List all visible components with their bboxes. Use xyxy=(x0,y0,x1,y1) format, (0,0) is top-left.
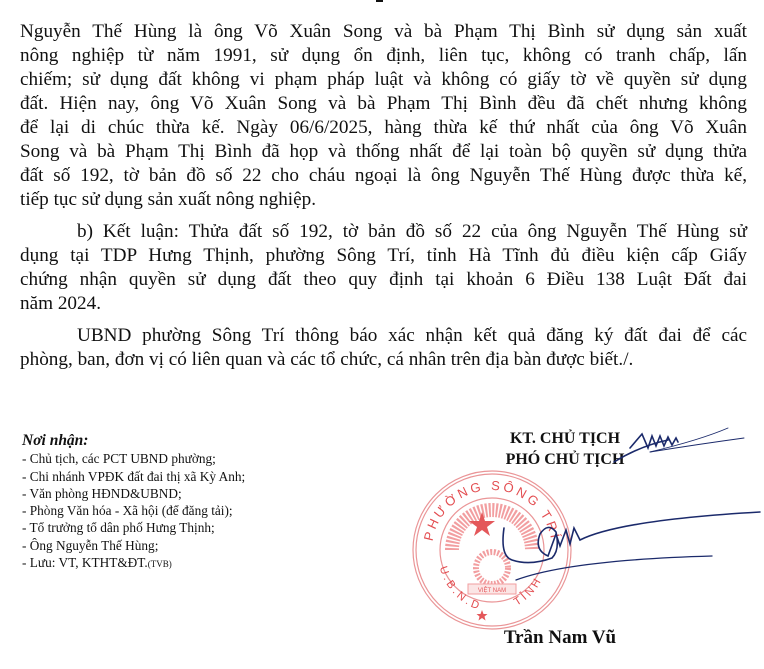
text-line: đất. Hiện nay, ông Võ Xuân Song và bà Ph… xyxy=(20,92,747,116)
signer-name: Trần Nam Vũ xyxy=(460,627,660,649)
origin-paragraph: Nguyễn Thế Hùng là ông Võ Xuân Song và b… xyxy=(20,20,747,212)
recipient-item: - Văn phòng HĐND&UBND; xyxy=(22,485,245,502)
recipient-item: - Chủ tịch, các PCT UBND phường; xyxy=(22,450,245,467)
text-line: b) Kết luận: Thửa đất số 192, tờ bản đồ … xyxy=(20,220,747,244)
stamp-top-text: PHƯỜNG SÔNG TRÍ xyxy=(421,478,564,542)
text-line: dụng tại TDP Hưng Thịnh, phường Sông Trí… xyxy=(20,244,747,268)
stamp-ribbon-text: VIỆT NAM xyxy=(478,586,506,594)
on-behalf-label: KT. CHỦ TỊCH xyxy=(470,428,660,449)
text-line: UBND phường Sông Trí thông báo xác nhận … xyxy=(20,324,747,348)
text-line: để lại di chúc thừa kế. Ngày 06/6/2025, … xyxy=(20,116,747,140)
document-body: Nguyễn Thế Hùng là ông Võ Xuân Song và b… xyxy=(20,20,747,372)
text-line: năm 2024. xyxy=(20,292,747,316)
recipients-title: Nơi nhận: xyxy=(22,432,245,449)
recipient-item: - Lưu: VT, KTHT&ĐT.(TVB) xyxy=(22,554,245,573)
recipient-item: - Chi nhánh VPĐK đất đai thị xã Kỳ Anh; xyxy=(22,468,245,485)
text-line: Song và bà Phạm Thị Bình đã họp và thống… xyxy=(20,140,747,164)
text-line: chiếm; sử dụng đất không vi phạm pháp lu… xyxy=(20,68,747,92)
text-line: nông nghiệp từ năm 1991, sử dụng ổn định… xyxy=(20,44,747,68)
recipient-item-suffix: (TVB) xyxy=(148,559,172,569)
recipients-list: Nơi nhận: - Chủ tịch, các PCT UBND phườn… xyxy=(22,432,245,573)
text-line: Nguyễn Thế Hùng là ông Võ Xuân Song và b… xyxy=(20,20,747,44)
page-number-fragment xyxy=(376,0,383,2)
recipient-item: - Tổ trưởng tổ dân phố Hưng Thịnh; xyxy=(22,519,245,536)
official-stamp-icon: PHƯỜNG SÔNG TRÍ U.B.N.D TỈNH VIỆT NAM xyxy=(410,468,574,632)
stamp-bottom-right-text: TỈNH xyxy=(512,574,545,608)
notice-paragraph: UBND phường Sông Trí thông báo xác nhận … xyxy=(20,324,747,372)
text-line: phòng, ban, đơn vị có liên quan và các t… xyxy=(20,348,747,372)
recipient-item-text: - Lưu: VT, KTHT&ĐT. xyxy=(22,555,148,570)
text-line: tiếp tục sử dụng sản xuất nông nghiệp. xyxy=(20,188,747,212)
recipient-item: - Phòng Văn hóa - Xã hội (để đăng tải); xyxy=(22,502,245,519)
signature-heading: KT. CHỦ TỊCH PHÓ CHỦ TỊCH xyxy=(470,428,660,470)
text-line: đất số 192, tờ bản đồ số 22 cho cháu ngo… xyxy=(20,164,747,188)
text-line: chứng nhận quyền sử dụng đất theo quy đị… xyxy=(20,268,747,292)
position-label: PHÓ CHỦ TỊCH xyxy=(470,449,660,470)
conclusion-paragraph: b) Kết luận: Thửa đất số 192, tờ bản đồ … xyxy=(20,220,747,316)
recipient-item: - Ông Nguyễn Thế Hùng; xyxy=(22,537,245,554)
